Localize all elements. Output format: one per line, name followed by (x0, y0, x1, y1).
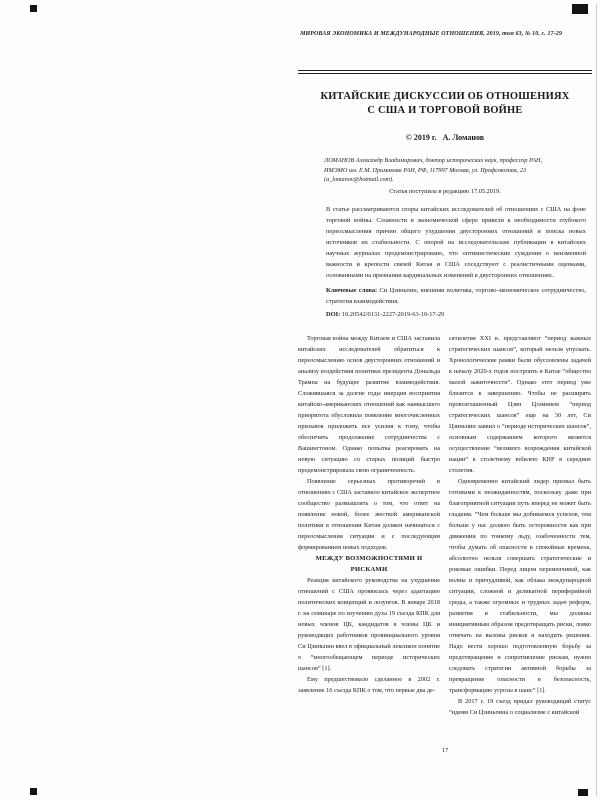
section-heading: МЕЖДУ ВОЗМОЖНОСТЯМИ И РИСКАМИ (298, 553, 440, 575)
page-edge-shadow (596, 4, 597, 796)
article-title-line1: КИТАЙСКИЕ ДИСКУССИИ ОБ ОТНОШЕНИЯХ (298, 90, 592, 104)
crop-mark-top-left (30, 5, 37, 12)
crop-mark-bottom-right (578, 789, 588, 796)
doi-label: DOI: (326, 311, 340, 318)
affiliation-line2: ИМЭМО им. Е.М. Примакова РАН, РФ, 117997… (324, 166, 586, 185)
article-title: КИТАЙСКИЕ ДИСКУССИИ ОБ ОТНОШЕНИЯХ С США … (298, 90, 592, 118)
scanned-page: МИРОВАЯ ЭКОНОМИКА И МЕЖДУНАРОДНЫЕ ОТНОШЕ… (0, 0, 600, 800)
right-paragraph-1: сятилетия XXI в. представляют “период ва… (449, 333, 591, 476)
article-title-line2: С США И ТОРГОВОЙ ВОЙНЕ (298, 104, 592, 118)
keywords-label: Ключевые слова: (326, 287, 377, 294)
doi: DOI: 10.20542/0131-2227-2019-63-10-17-29 (326, 311, 586, 318)
crop-mark-top-right (572, 4, 588, 14)
body-columns: Торговая война между Китаем и США застав… (298, 333, 592, 718)
left-paragraph-1: Торговая война между Китаем и США застав… (298, 333, 440, 476)
abstract: В статье рассматриваются споры китайских… (326, 204, 586, 281)
left-column: Торговая война между Китаем и США застав… (298, 333, 440, 718)
left-paragraph-3: Реакция китайского руководства на ухудше… (298, 575, 440, 674)
doi-value: 10.20542/0131-2227-2019-63-10-17-29 (340, 311, 444, 318)
crop-mark-bottom-left (30, 788, 37, 795)
page-number: 17 (298, 747, 592, 754)
received-date: Статья поступила в редакцию 17.05.2019. (298, 188, 592, 195)
left-paragraph-2: Появление серьезных противоречий в отнош… (298, 476, 440, 553)
author-byline: © 2019 г. А. Ломанов (298, 133, 592, 142)
header-rule (298, 70, 592, 74)
journal-citation: МИРОВАЯ ЭКОНОМИКА И МЕЖДУНАРОДНЫЕ ОТНОШЕ… (298, 31, 592, 37)
left-paragraph-4: Ему предшествовало сделанное в 2002 г. з… (298, 674, 440, 696)
keywords: Ключевые слова: Си Цзиньпин, внешняя пол… (326, 286, 586, 307)
right-column: сятилетия XXI в. представляют “период ва… (449, 333, 591, 718)
right-paragraph-3: В 2017 г. 19 съезд придал руководящий ст… (449, 696, 591, 718)
author-affiliation: ЛОМАНОВ Александр Владимирович, доктор и… (324, 156, 586, 185)
affiliation-line1: ЛОМАНОВ Александр Владимирович, доктор и… (324, 156, 586, 166)
right-paragraph-2: Одновременно китайский лидер призвал быт… (449, 476, 591, 696)
